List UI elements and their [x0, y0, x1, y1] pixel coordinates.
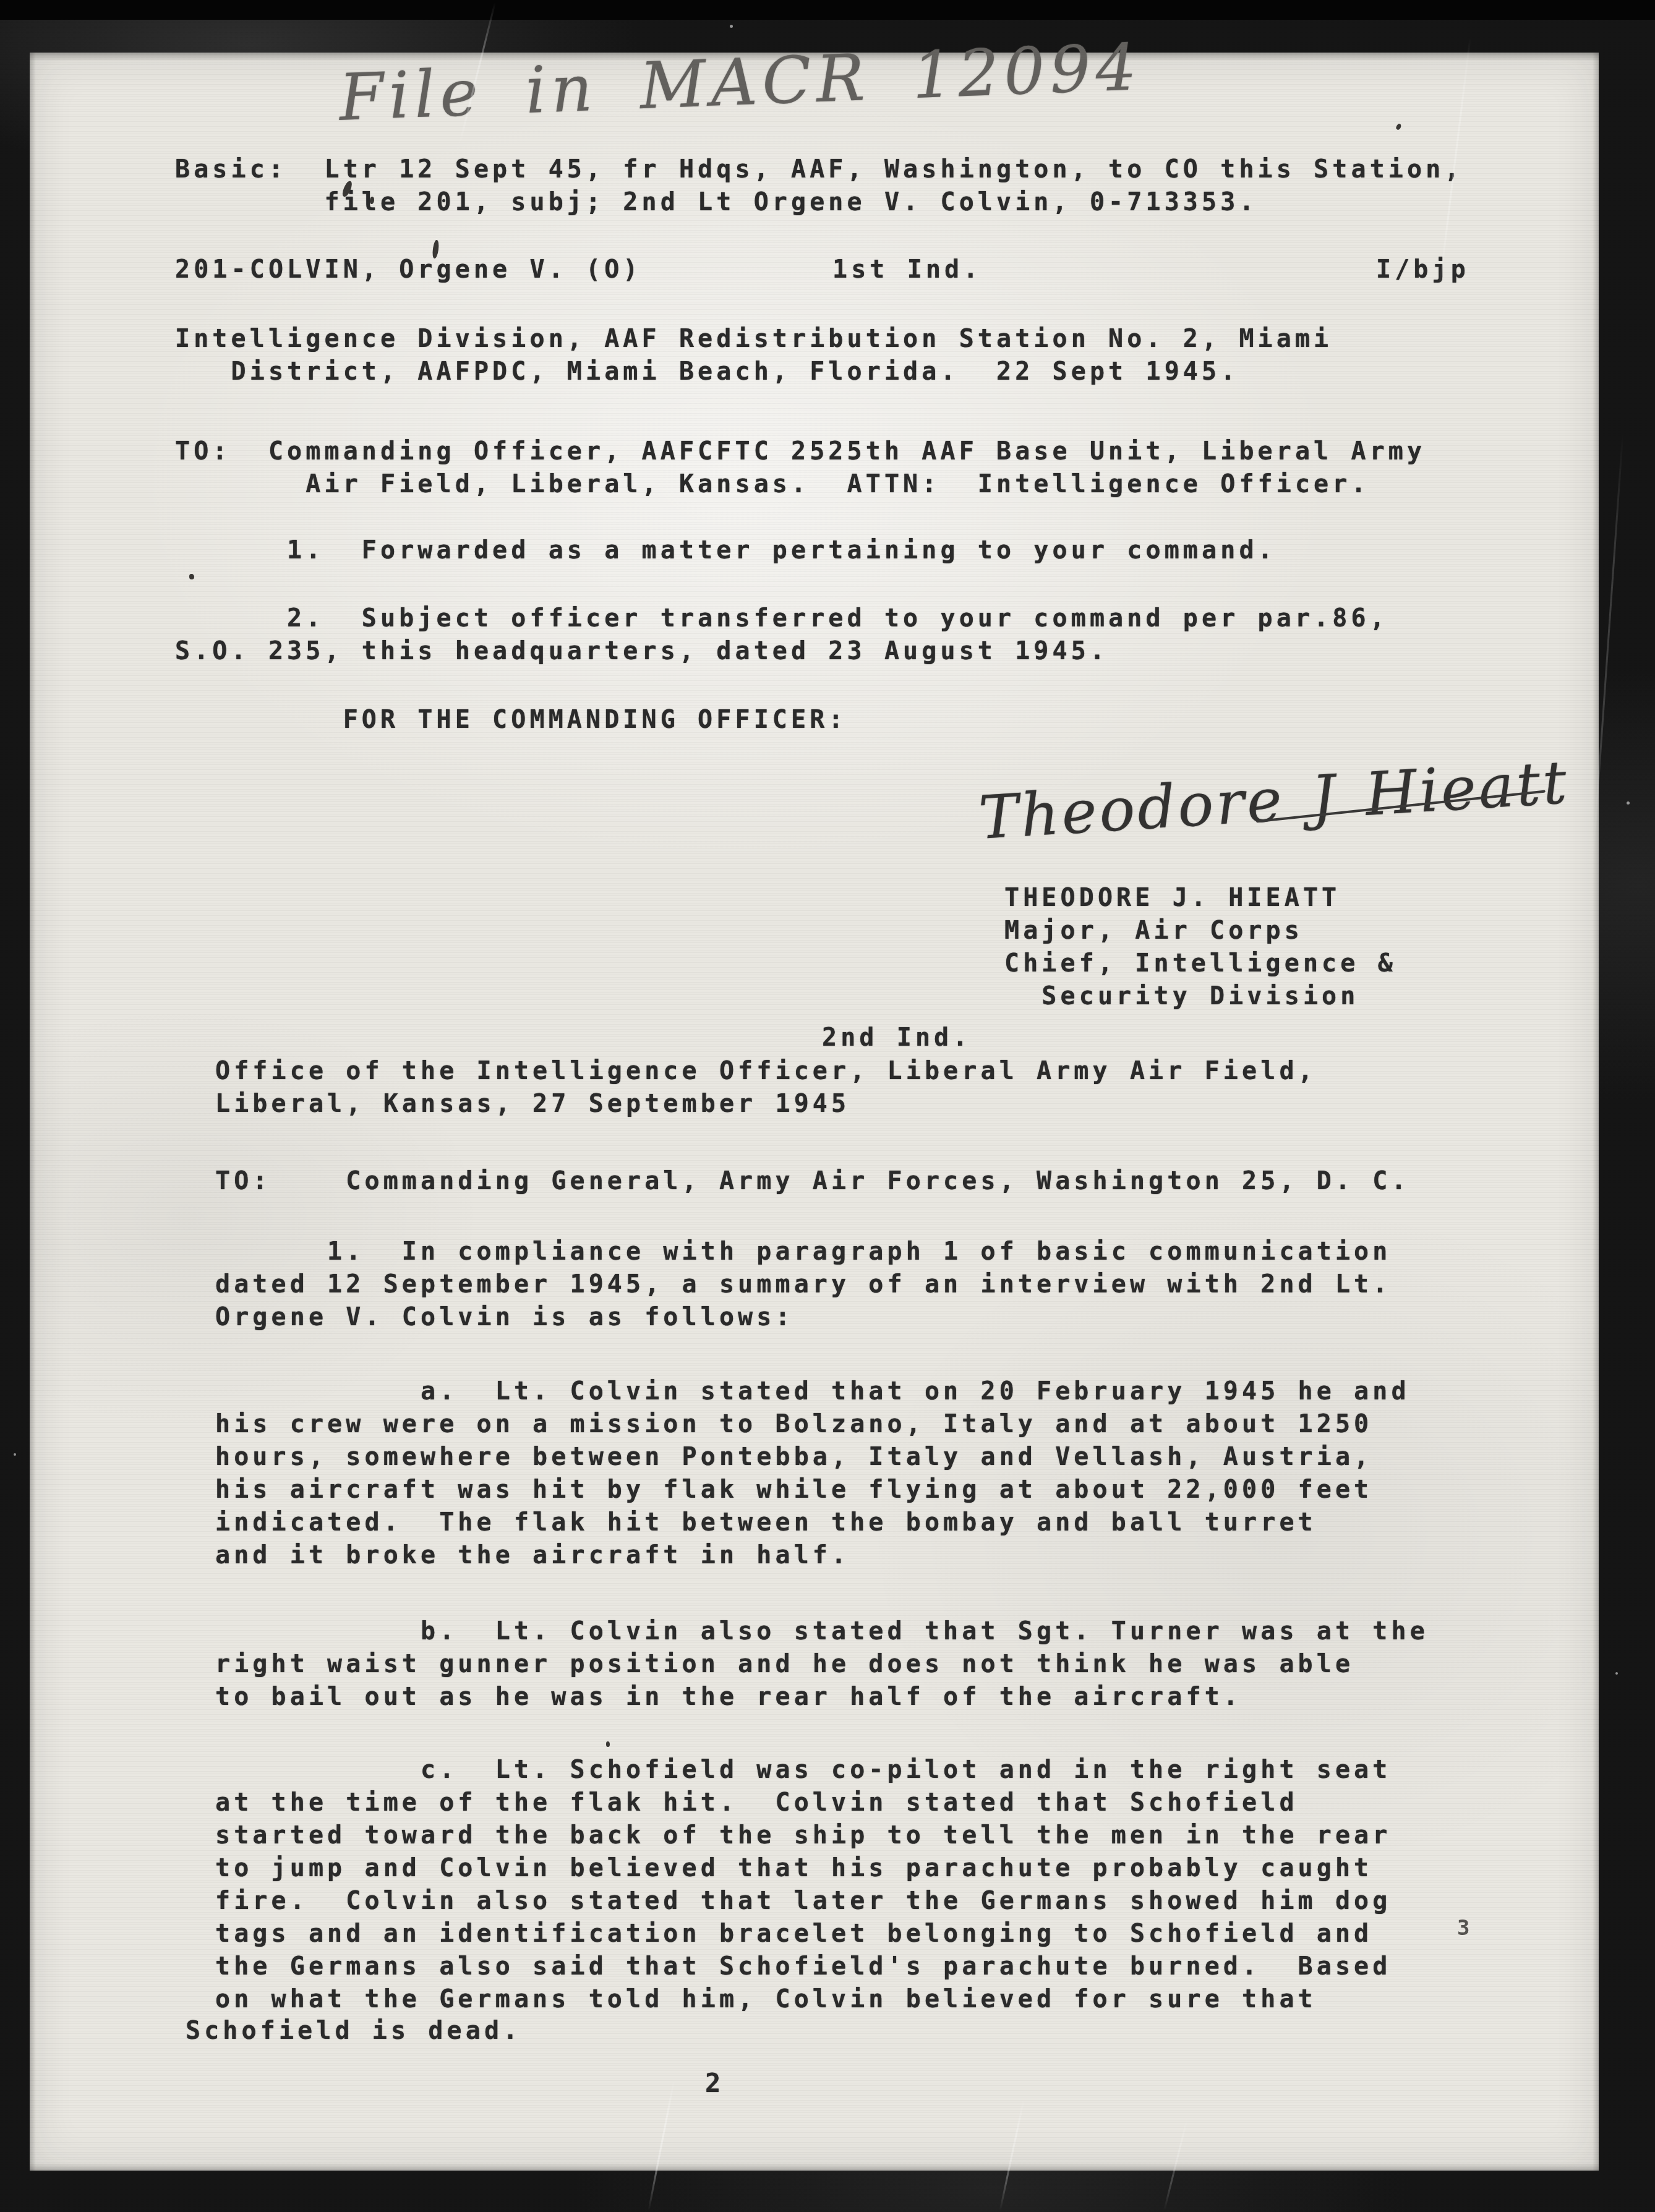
dust-speck	[606, 1741, 610, 1747]
second-ind-paragraph-c: c. Lt. Schofield was co-pilot and in the…	[215, 1754, 1391, 2016]
second-ind-paragraph-1: 1. In compliance with paragraph 1 of bas…	[215, 1236, 1391, 1334]
page-number: 2	[705, 2067, 724, 2099]
dust-speck	[14, 1453, 16, 1456]
first-ind-paragraph-2: 2. Subject officer transferred to your c…	[175, 602, 1388, 668]
microfilm-frame: File in MACR 12094 Basic: Ltr 12 Sept 45…	[0, 0, 1655, 2212]
second-indorsement-label: 2nd Ind.	[822, 1022, 971, 1054]
file-reference: 201-COLVIN, Orgene V. (O)	[175, 254, 642, 286]
first-ind-to-line: TO: Commanding Officer, AAFCFTC 2525th A…	[175, 435, 1426, 501]
second-ind-paragraph-b: b. Lt. Colvin also stated that Sgt. Turn…	[215, 1615, 1429, 1714]
second-ind-closing-line: Schofield is dead.	[186, 2015, 521, 2048]
dust-speck	[730, 25, 733, 28]
dust-speck	[189, 574, 194, 579]
typist-initials: I/bjp	[1376, 254, 1469, 286]
film-top-edge	[0, 0, 1655, 20]
first-indorsement-label: 1st Ind.	[832, 254, 981, 286]
first-ind-paragraph-1: 1. Forwarded as a matter pertaining to y…	[175, 534, 1277, 567]
for-commanding-officer-line: FOR THE COMMANDING OFFICER:	[175, 704, 847, 737]
second-ind-paragraph-a: a. Lt. Colvin stated that on 20 February…	[215, 1375, 1410, 1572]
signature-block: THEODORE J. HIEATT Major, Air Corps Chie…	[1004, 882, 1396, 1013]
second-ind-to-line: TO: Commanding General, Army Air Forces,…	[215, 1165, 1410, 1198]
dust-speck	[1627, 801, 1630, 805]
basic-reference-block: Basic: Ltr 12 Sept 45, fr Hdqs, AAF, Was…	[175, 153, 1463, 219]
second-ind-origin-heading: Office of the Intelligence Officer, Libe…	[215, 1055, 1317, 1121]
stray-edge-mark: 3	[1457, 1916, 1469, 1941]
first-ind-origin-heading: Intelligence Division, AAF Redistributio…	[175, 323, 1332, 388]
dust-speck	[1615, 1672, 1618, 1675]
